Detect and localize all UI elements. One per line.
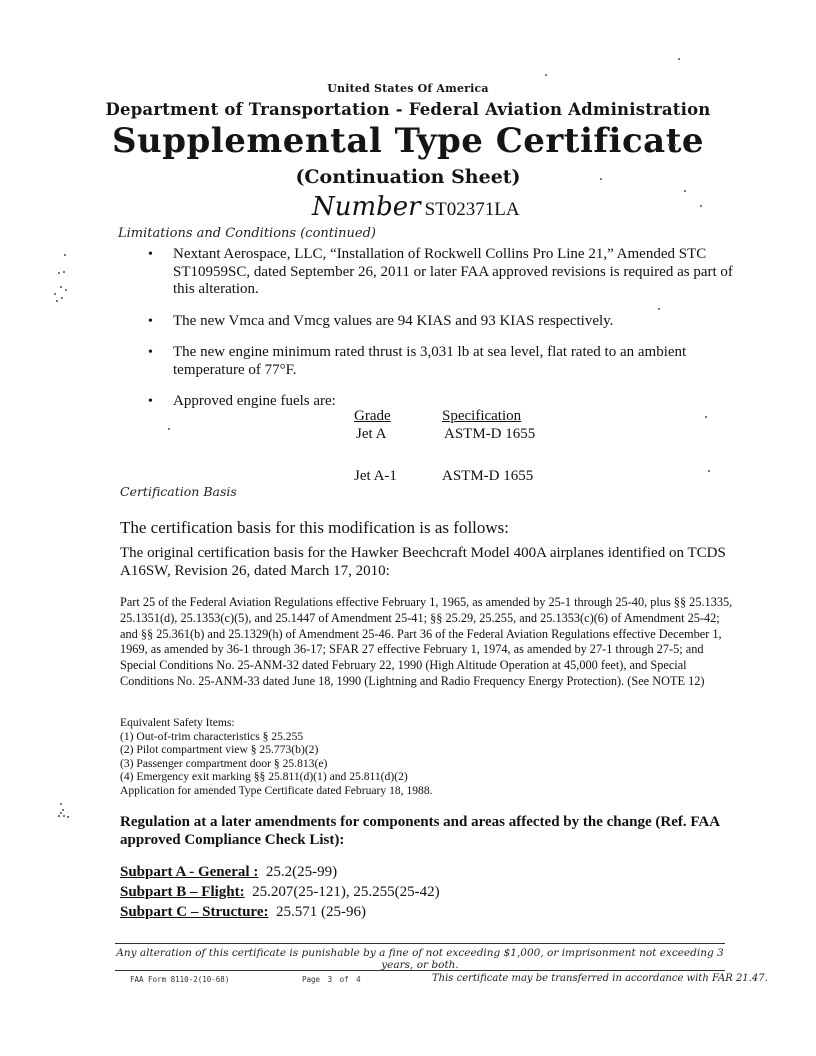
scan-speck: [658, 308, 660, 310]
footer-form-number: FAA Form 8110-2(10-68): [130, 975, 229, 984]
subpart-value: 25.2(25-99): [266, 864, 337, 880]
fuels-table-header: Grade Specification: [352, 408, 535, 426]
scan-speck: [600, 178, 602, 180]
scan-speck: [678, 58, 680, 60]
list-item: (1) Out-of-trim characteristics § 25.255: [120, 730, 433, 744]
list-item: (4) Emergency exit marking §§ 25.811(d)(…: [120, 770, 433, 784]
scan-speck: [60, 286, 62, 288]
list-item: Nextant Aerospace, LLC, “Installation of…: [148, 246, 748, 299]
scan-speck: [62, 809, 64, 811]
scan-speck: [705, 416, 707, 418]
table-row: Jet A ASTM-D 1655: [352, 426, 535, 444]
certification-basis-intro: The certification basis for this modific…: [120, 518, 509, 538]
scan-speck: [684, 190, 686, 192]
subpart-b: Subpart B – Flight: 25.207(25-121), 25.2…: [120, 882, 440, 902]
scan-speck: [63, 815, 65, 817]
page-subtitle: (Continuation Sheet): [0, 166, 816, 188]
footer-divider-bottom: [115, 970, 725, 971]
footer-divider-top: [115, 943, 725, 944]
footer-page-number: Page 3 of 4: [302, 975, 361, 984]
column-header-specification: Specification: [442, 408, 521, 424]
header-country: United States Of America: [0, 82, 816, 95]
scan-speck: [63, 271, 65, 273]
certificate-number-label: Number: [312, 192, 421, 222]
scan-speck: [168, 428, 170, 430]
scan-speck: [708, 470, 710, 472]
later-amendments-heading: Regulation at a later amendments for com…: [120, 814, 730, 849]
subpart-label: Subpart A - General :: [120, 864, 258, 880]
subpart-label: Subpart B – Flight:: [120, 884, 245, 900]
footer-transfer-note: This certificate may be transferred in a…: [432, 973, 768, 984]
subpart-label: Subpart C – Structure:: [120, 904, 268, 920]
fuel-grade: Jet A: [352, 426, 444, 444]
scan-speck: [58, 272, 60, 274]
list-item: The new engine minimum rated thrust is 3…: [148, 344, 748, 379]
scan-speck: [65, 289, 67, 291]
subpart-c: Subpart C – Structure: 25.571 (25-96): [120, 902, 440, 922]
equivalent-safety-heading: Equivalent Safety Items:: [120, 716, 433, 730]
equivalent-safety-items: Equivalent Safety Items: (1) Out-of-trim…: [120, 716, 433, 798]
scan-speck: [61, 297, 63, 299]
fuel-grade: Jet A-1: [352, 468, 442, 486]
certificate-number: NumberST02371LA: [312, 192, 520, 222]
scan-speck: [58, 815, 60, 817]
certification-basis-heading: Certification Basis: [120, 484, 237, 499]
fuel-specification: ASTM-D 1655: [444, 426, 535, 444]
fuels-table: Grade Specification Jet A ASTM-D 1655 Je…: [352, 408, 535, 486]
scan-speck: [60, 812, 62, 814]
table-row: Jet A-1 ASTM-D 1655: [352, 468, 535, 486]
scan-speck: [67, 816, 69, 818]
certificate-number-value: ST02371LA: [425, 199, 520, 220]
page-title: Supplemental Type Certificate: [0, 121, 816, 161]
certification-basis-original: The original certification basis for the…: [120, 545, 740, 580]
column-header-grade: Grade: [354, 408, 391, 424]
subparts-list: Subpart A - General : 25.2(25-99) Subpar…: [120, 862, 440, 922]
scan-speck: [668, 144, 670, 146]
scan-speck: [674, 144, 676, 146]
limitations-list: Nextant Aerospace, LLC, “Installation of…: [148, 246, 748, 411]
list-item: (2) Pilot compartment view § 25.773(b)(2…: [120, 743, 433, 757]
certification-basis-part25: Part 25 of the Federal Aviation Regulati…: [120, 595, 740, 690]
list-item: (3) Passenger compartment door § 25.813(…: [120, 757, 433, 771]
scan-speck: [54, 293, 56, 295]
fuel-specification: ASTM-D 1655: [442, 468, 533, 486]
scan-speck: [700, 205, 702, 207]
subpart-value: 25.571 (25-96): [276, 904, 366, 920]
application-date: Application for amended Type Certificate…: [120, 784, 433, 798]
scan-speck: [60, 803, 62, 805]
subpart-value: 25.207(25-121), 25.255(25-42): [252, 884, 439, 900]
scan-speck: [56, 300, 58, 302]
limitations-heading: Limitations and Conditions (continued): [118, 226, 376, 241]
scan-speck: [545, 74, 547, 76]
footer-warning: Any alteration of this certificate is pu…: [115, 947, 725, 971]
list-item: The new Vmca and Vmcg values are 94 KIAS…: [148, 313, 748, 331]
header-department: Department of Transportation - Federal A…: [0, 100, 816, 119]
scan-speck: [64, 254, 66, 256]
subpart-a: Subpart A - General : 25.2(25-99): [120, 862, 440, 882]
